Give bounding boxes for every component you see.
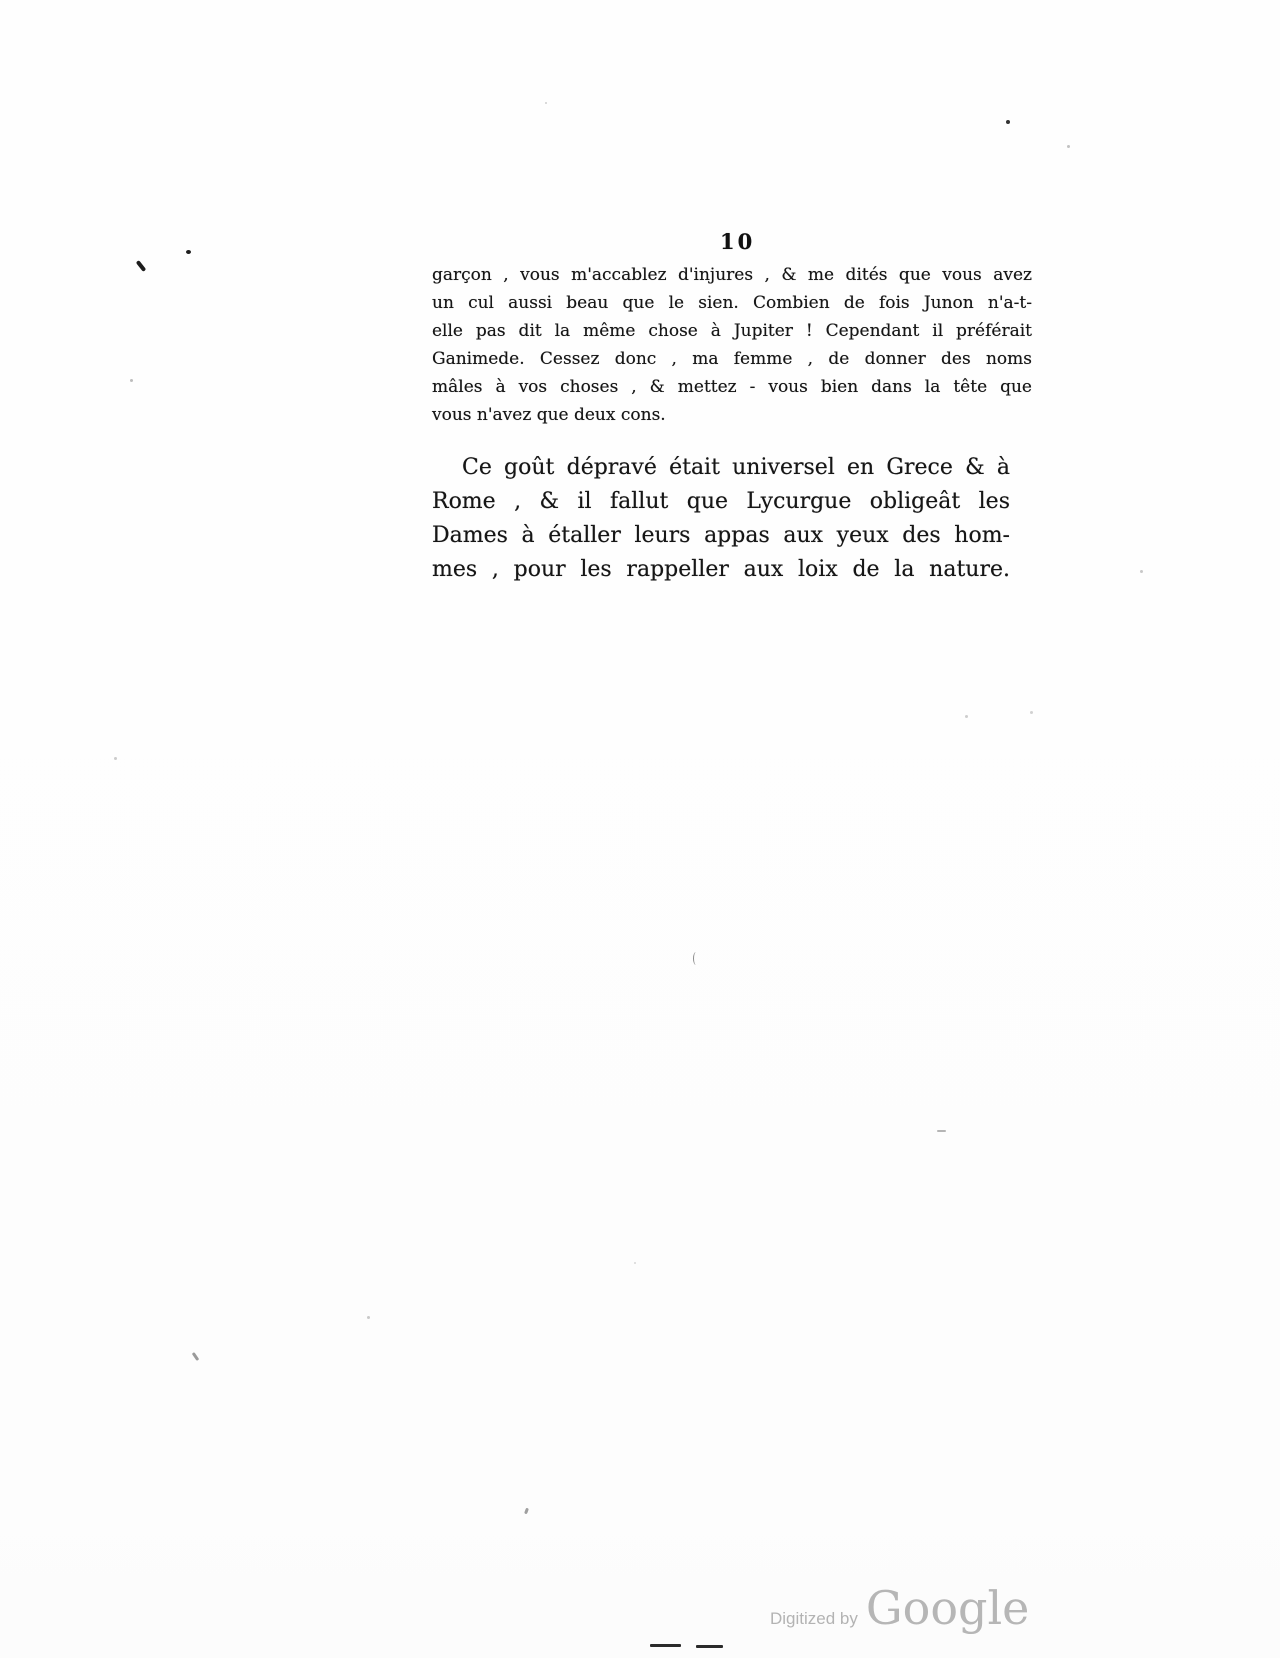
text-line: Ce goût dépravé était universel en Grece…: [432, 451, 1010, 485]
ink-speck: [367, 1316, 370, 1319]
text-line: mes , pour les rappeller aux loix de la …: [432, 553, 1010, 587]
ink-speck: [114, 757, 117, 760]
ink-speck: [937, 1130, 946, 1132]
paragraph-small: garçon , vous m'accablez d'injures , & m…: [432, 261, 1032, 429]
ink-speck: [1067, 145, 1070, 148]
text-line: Ganimede. Cessez donc , ma femme , de do…: [432, 345, 1032, 373]
text-line: Dames à étaller leurs appas aux yeux des…: [432, 519, 1010, 553]
watermark: Digitized by Google: [770, 1585, 1029, 1631]
ink-dash: [650, 1644, 681, 1647]
ink-speck: [545, 102, 547, 104]
ink-speck: [136, 260, 147, 272]
ink-speck: [693, 952, 699, 965]
google-logo: Google: [866, 1585, 1030, 1631]
ink-speck: [130, 379, 133, 382]
text-line: un cul aussi beau que le sien. Combien d…: [432, 289, 1032, 317]
ink-dash: [696, 1645, 723, 1648]
ink-speck: [192, 1352, 200, 1361]
ink-speck: [1006, 120, 1010, 124]
ink-speck: [524, 1508, 529, 1515]
ink-speck: [1140, 570, 1143, 573]
digitized-by-label: Digitized by: [770, 1609, 858, 1629]
ink-speck: [634, 1262, 636, 1264]
scanned-book-page: 10 garçon , vous m'accablez d'injures , …: [0, 0, 1280, 1658]
ink-speck: [186, 250, 191, 254]
paragraph-large: Ce goût dépravé était universel en Grece…: [432, 451, 1010, 587]
text-line: vous n'avez que deux cons.: [432, 401, 1032, 429]
ink-speck: [965, 715, 968, 718]
text-line: garçon , vous m'accablez d'injures , & m…: [432, 261, 1032, 289]
page-number: 10: [720, 229, 755, 254]
text-line: mâles à vos choses , & mettez - vous bie…: [432, 373, 1032, 401]
text-line: Rome , & il fallut que Lycurgue obligeât…: [432, 485, 1010, 519]
text-line: elle pas dit la même chose à Jupiter ! C…: [432, 317, 1032, 345]
ink-speck: [1030, 711, 1033, 714]
